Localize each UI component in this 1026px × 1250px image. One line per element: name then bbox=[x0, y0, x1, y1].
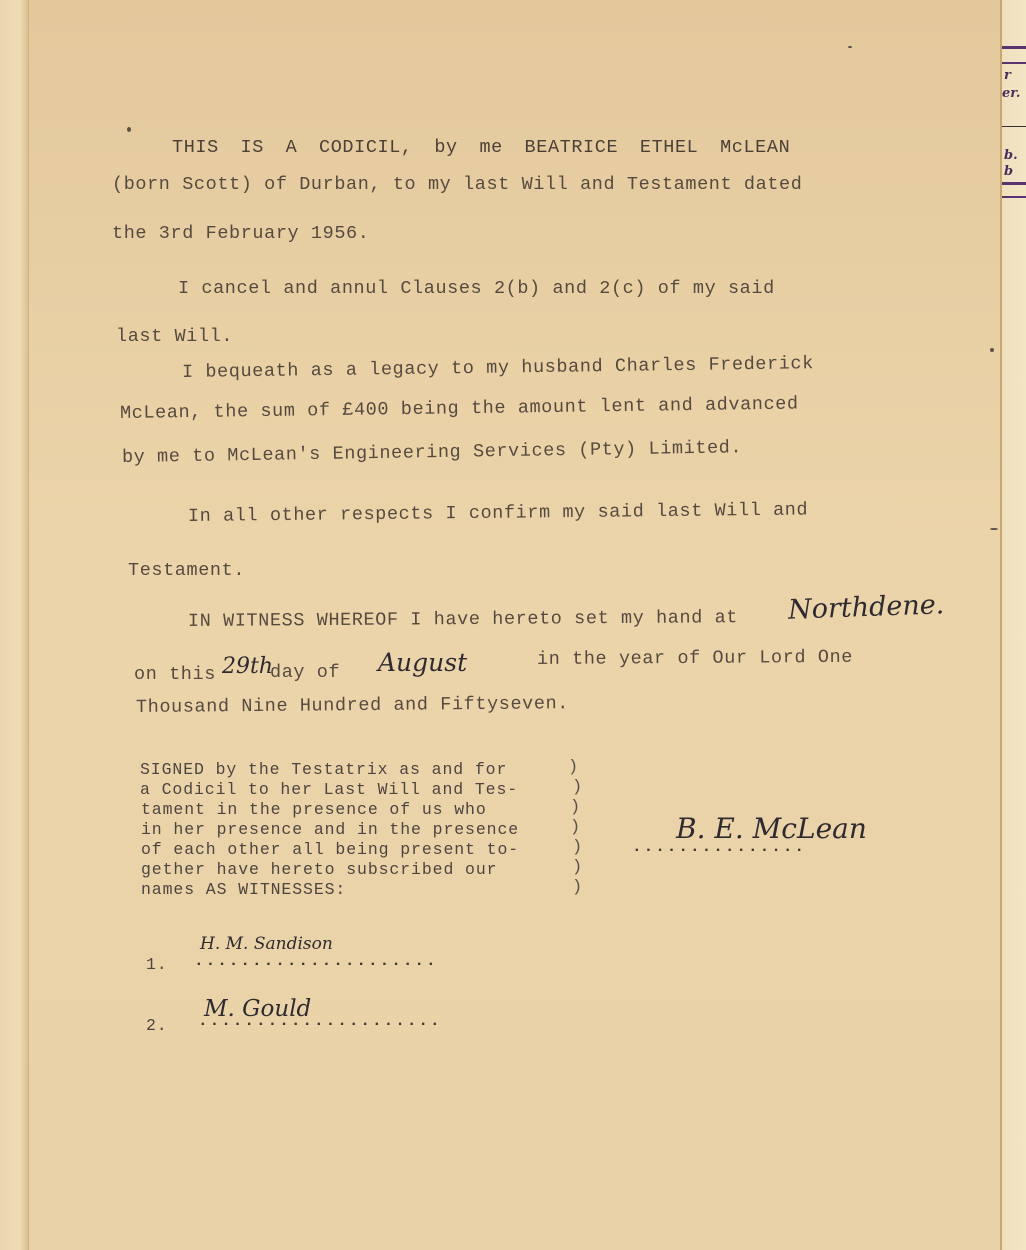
witness-1-signature: H. M. Sandison bbox=[200, 934, 333, 954]
attestation-line: of each other all being present to- bbox=[141, 840, 519, 860]
attestation-line: names AS WITNESSES: bbox=[141, 880, 346, 900]
p4-line2: Testament. bbox=[128, 560, 245, 581]
p5-line2-b: day of bbox=[270, 662, 340, 683]
margin-ink-line bbox=[1002, 62, 1026, 64]
bracket: ) bbox=[570, 818, 580, 837]
margin-glyph: er. bbox=[1002, 86, 1020, 101]
handwritten-day: 29th bbox=[222, 654, 273, 679]
margin-ink-line bbox=[1002, 126, 1026, 127]
p2-line2: last Will. bbox=[116, 326, 233, 347]
bracket: ) bbox=[572, 878, 582, 897]
page-left-edge bbox=[0, 0, 29, 1250]
testatrix-signature: B. E. McLean bbox=[676, 812, 867, 845]
margin-glyph: r bbox=[1004, 68, 1011, 83]
margin-glyph: b. bbox=[1004, 148, 1018, 163]
ink-speck bbox=[127, 127, 131, 132]
ink-speck bbox=[990, 348, 994, 352]
p1-line2: (born Scott) of Durban, to my last Will … bbox=[112, 174, 802, 195]
bracket: ) bbox=[572, 838, 582, 857]
p1-line3: the 3rd February 1956. bbox=[112, 223, 369, 244]
p5-line2-a: on this bbox=[134, 664, 216, 685]
bracket: ) bbox=[568, 758, 578, 777]
ink-speck bbox=[990, 528, 998, 530]
p2-line1: I cancel and annul Clauses 2(b) and 2(c)… bbox=[178, 278, 775, 299]
attestation-line: gether have hereto subscribed our bbox=[141, 860, 497, 880]
underlying-page-strip: r er. b. b bbox=[1002, 0, 1026, 1250]
handwritten-place: Northdene. bbox=[788, 589, 945, 625]
p4-line1: In all other respects I confirm my said … bbox=[188, 500, 808, 527]
p1-line1: THIS IS A CODICIL, by me BEATRICE ETHEL … bbox=[172, 137, 790, 158]
handwritten-month: August bbox=[378, 648, 467, 677]
p3-line1: I bequeath as a legacy to my husband Cha… bbox=[182, 353, 814, 383]
p5-line1: IN WITNESS WHEREOF I have hereto set my … bbox=[188, 607, 738, 632]
margin-ink-line bbox=[1002, 46, 1026, 49]
attestation-line: tament in the presence of us who bbox=[141, 800, 487, 820]
bracket: ) bbox=[572, 858, 582, 877]
witness-1-number: 1. bbox=[146, 955, 168, 975]
witness-1-signature-line: ..................... bbox=[194, 952, 438, 970]
p5-line3: Thousand Nine Hundred and Fiftyseven. bbox=[136, 693, 569, 718]
p5-line2-c: in the year of Our Lord One bbox=[537, 647, 853, 670]
bracket: ) bbox=[570, 798, 580, 817]
attestation-line: in her presence and in the presence bbox=[141, 820, 519, 840]
margin-glyph: b bbox=[1004, 164, 1013, 179]
document-page: THIS IS A CODICIL, by me BEATRICE ETHEL … bbox=[0, 0, 1000, 1250]
ink-speck bbox=[848, 46, 852, 48]
witness-2-signature: M. Gould bbox=[204, 996, 311, 1022]
margin-ink-line bbox=[1002, 196, 1026, 198]
margin-ink-line bbox=[1002, 182, 1026, 185]
p3-line3: by me to McLean's Engineering Services (… bbox=[122, 437, 742, 468]
attestation-line: SIGNED by the Testatrix as and for bbox=[140, 760, 507, 780]
p3-line2: McLean, the sum of £400 being the amount… bbox=[120, 394, 799, 424]
attestation-line: a Codicil to her Last Will and Tes- bbox=[140, 780, 518, 800]
witness-2-number: 2. bbox=[146, 1016, 168, 1036]
bracket: ) bbox=[572, 778, 582, 797]
